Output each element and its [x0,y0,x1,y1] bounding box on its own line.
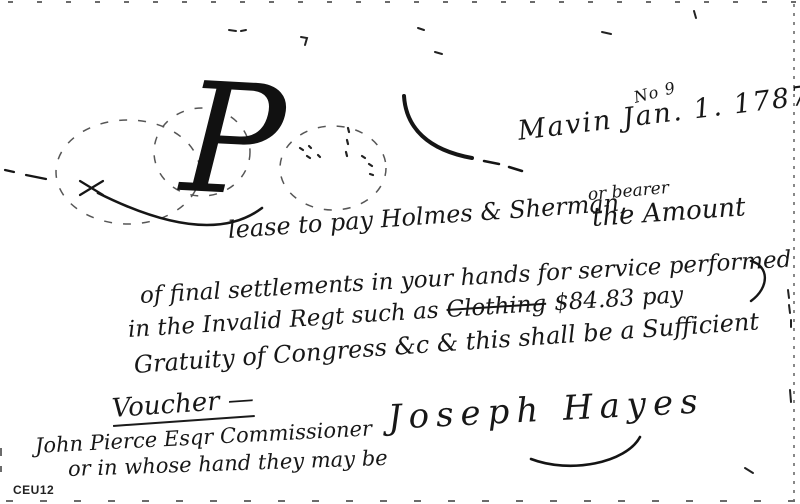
scanned-document-page: Mavin Jan. 1. 1787 No 9 P lease to pay H… [0,0,800,504]
ink-arc-flourish [404,96,522,171]
ornate-drop-cap-p: P [178,62,288,219]
stamp-speckles [300,128,373,175]
signature-tail-flourish [531,437,640,466]
archive-reference-label: CEU12 [13,483,54,497]
